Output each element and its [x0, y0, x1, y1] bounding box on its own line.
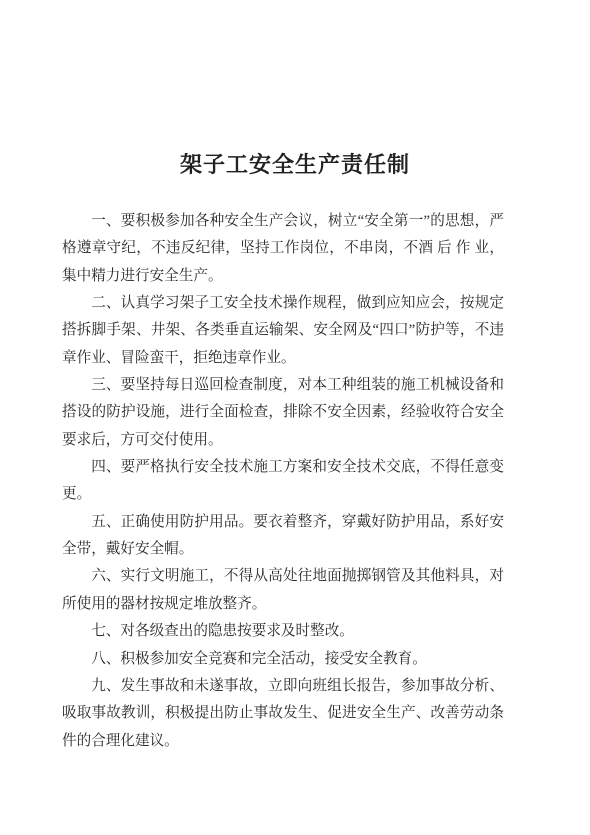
doc-paragraph: 三、要坚持每日巡回检查制度，对本工种组装的施工机械设备和搭设的防护设施，进行全面… [62, 372, 504, 454]
document-page: 架子工安全生产责任制 一、要积极参加各种安全生产会议，树立“安全第一”的思想，严… [0, 0, 590, 835]
doc-paragraph: 八、积极参加安全竞赛和完全活动，接受安全教育。 [62, 646, 504, 673]
document-title: 架子工安全生产责任制 [0, 147, 590, 183]
doc-paragraph: 二、认真学习架子工安全技术操作规程，做到应知应会，按规定搭拆脚手架、井架、各类垂… [62, 290, 504, 372]
doc-paragraph: 六、实行文明施工，不得从高处往地面抛掷钢管及其他料具，对所使用的器材按规定堆放整… [62, 563, 504, 618]
doc-paragraph: 五、正确使用防护用品。要衣着整齐，穿戴好防护用品，系好安全带，戴好安全帽。 [62, 509, 504, 564]
doc-paragraph: 一、要积极参加各种安全生产会议，树立“安全第一”的思想，严格遵章守纪，不违反纪律… [62, 208, 504, 290]
doc-paragraph: 七、对各级查出的隐患按要求及时整改。 [62, 618, 504, 645]
document-body: 一、要积极参加各种安全生产会议，树立“安全第一”的思想，严格遵章守纪，不违反纪律… [62, 208, 504, 755]
doc-paragraph: 四、要严格执行安全技术施工方案和安全技术交底，不得任意变更。 [62, 454, 504, 509]
doc-paragraph: 九、发生事故和未遂事故，立即向班组长报告，参加事故分析、吸取事故教训，积极提出防… [62, 673, 504, 755]
